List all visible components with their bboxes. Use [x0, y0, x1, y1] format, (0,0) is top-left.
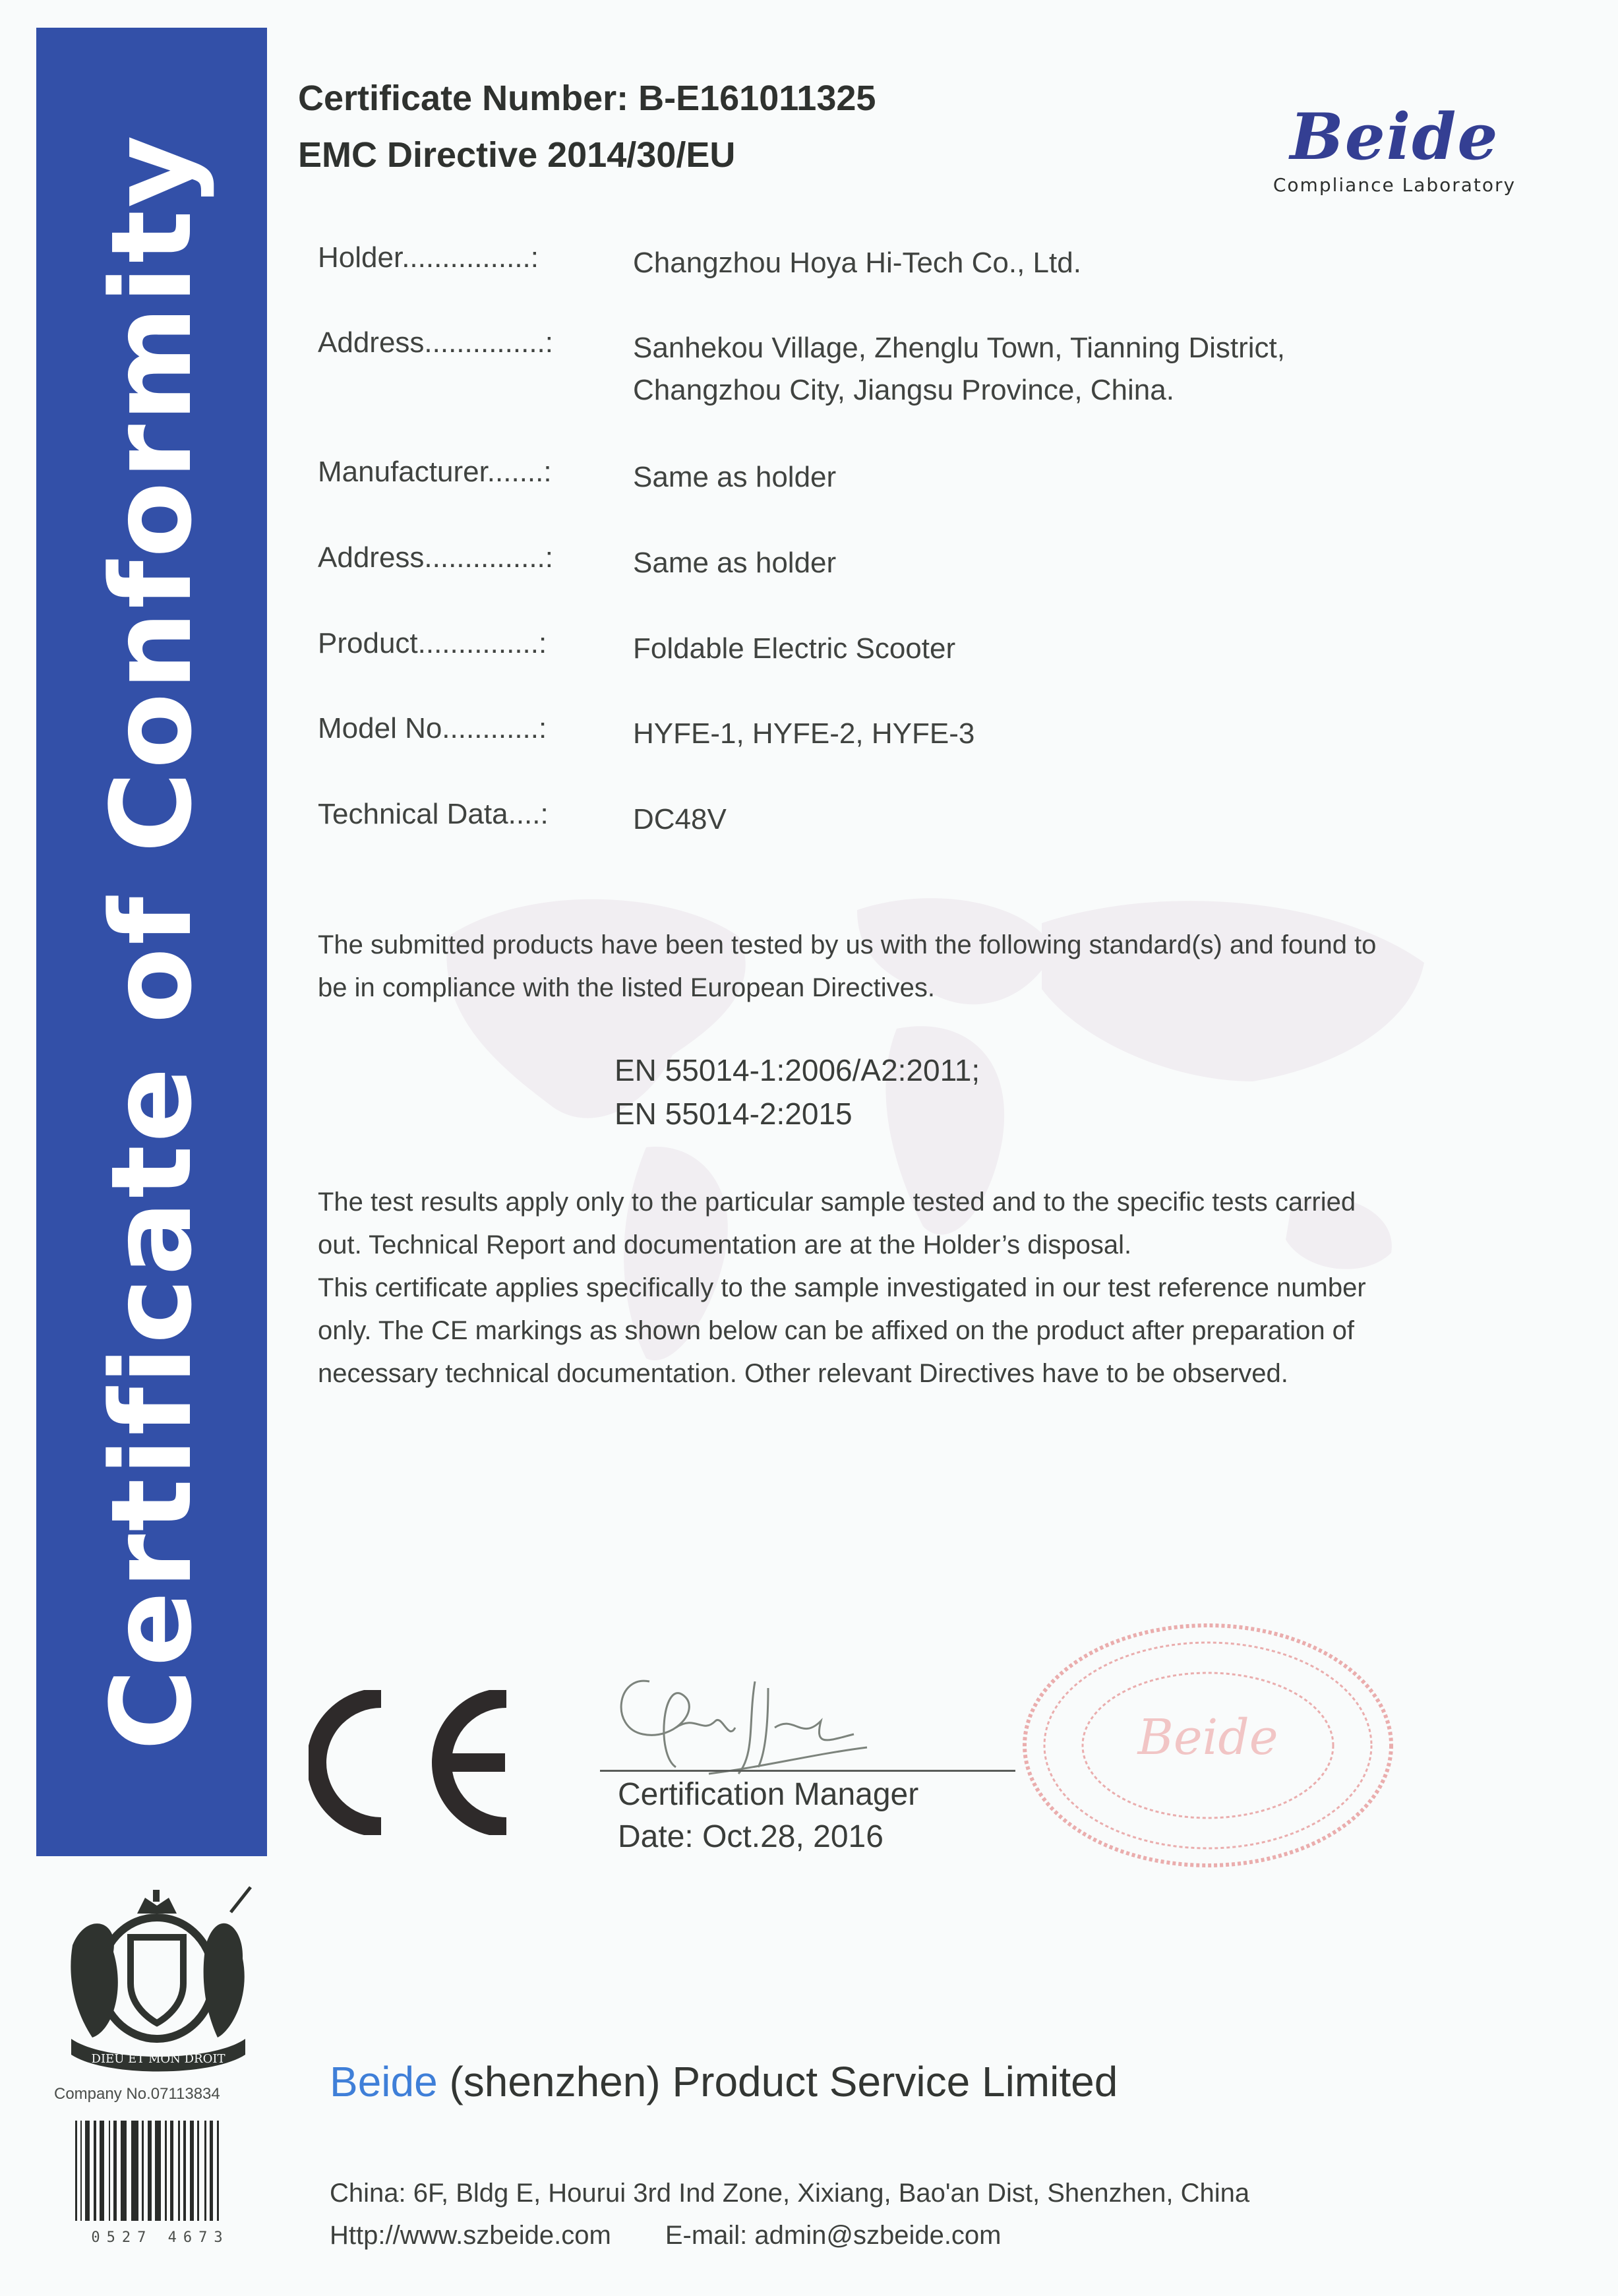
standard-item: EN 55014-2:2015 — [614, 1092, 980, 1135]
field-label: Product...............: — [318, 627, 547, 660]
field-value: Same as holder — [633, 541, 836, 585]
notes-line: out. Technical Report and documentation … — [318, 1224, 1505, 1267]
signatory: Certification Manager Date: Oct.28, 2016 — [618, 1774, 918, 1858]
certificate-date: Date: Oct.28, 2016 — [618, 1816, 918, 1858]
certificate-number: Certificate Number: B-E161011325 — [298, 78, 876, 119]
official-seal-stamp-icon: Beide — [1019, 1619, 1398, 1873]
field-label: Holder................: — [318, 241, 539, 274]
company-number: Company No.07113834 — [54, 2085, 220, 2103]
svg-text:Beide: Beide — [1136, 1709, 1278, 1766]
certificate-vertical-title: Certificate of Conformity — [87, 133, 216, 1750]
field-value: Foldable Electric Scooter — [633, 627, 955, 671]
standards-list: EN 55014-1:2006/A2:2011; EN 55014-2:2015 — [614, 1048, 980, 1135]
field-label: Address...............: — [318, 326, 553, 359]
field-value-line-2: Changzhou City, Jiangsu Province, China. — [633, 369, 1174, 412]
issuer-brand: Beide — [330, 2058, 438, 2105]
beide-logo: Beide Compliance Laboratory — [1256, 106, 1533, 196]
notes-line: only. The CE markings as shown below can… — [318, 1310, 1505, 1352]
field-value: Changzhou Hoya Hi-Tech Co., Ltd. — [633, 241, 1081, 285]
barcode-digits: 0527 4673 — [91, 2229, 229, 2245]
signatory-role: Certification Manager — [618, 1774, 918, 1816]
compliance-intro: The submitted products have been tested … — [318, 924, 1505, 1010]
notes-line: The test results apply only to the parti… — [318, 1181, 1505, 1224]
signature-line — [600, 1770, 1015, 1772]
logo-wordmark: Beide — [1256, 106, 1533, 169]
standard-item: EN 55014-1:2006/A2:2011; — [614, 1048, 980, 1092]
issuer-email-link[interactable]: E-mail: admin@szbeide.com — [665, 2221, 1002, 2250]
field-label: Technical Data....: — [318, 798, 549, 831]
intro-line: The submitted products have been tested … — [318, 924, 1505, 967]
issuer-address: China: 6F, Bldg E, Hourui 3rd Ind Zone, … — [330, 2179, 1249, 2208]
notes-line: This certificate applies specifically to… — [318, 1267, 1505, 1310]
field-label: Manufacturer.......: — [318, 456, 552, 489]
royal-coat-of-arms-icon: DIEU ET MON DROIT — [53, 1886, 260, 2077]
field-value: HYFE-1, HYFE-2, HYFE-3 — [633, 712, 974, 756]
field-value-line-1: Sanhekou Village, Zhenglu Town, Tianning… — [633, 326, 1285, 370]
ce-mark-icon — [309, 1690, 520, 1835]
intro-line: be in compliance with the listed Europea… — [318, 967, 1505, 1010]
issuer-contacts: Http://www.szbeide.comE-mail: admin@szbe… — [330, 2221, 1002, 2251]
directive-title: EMC Directive 2014/30/EU — [298, 135, 735, 175]
field-label: Model No............: — [318, 712, 547, 745]
notes-line: necessary technical documentation. Other… — [318, 1352, 1505, 1395]
issuer-company-name: Beide (shenzhen) Product Service Limited — [330, 2057, 1118, 2106]
issuer-website-link[interactable]: Http://www.szbeide.com — [330, 2221, 611, 2250]
signature-icon — [603, 1668, 887, 1780]
field-value: Same as holder — [633, 456, 836, 499]
field-label: Address...............: — [318, 541, 553, 574]
barcode-icon: 0527 4673 — [71, 2118, 249, 2245]
logo-subtitle: Compliance Laboratory — [1256, 174, 1533, 196]
crest-motto: DIEU ET MON DROIT — [92, 2052, 225, 2066]
compliance-notes: The test results apply only to the parti… — [318, 1181, 1505, 1395]
issuer-name-rest: (shenzhen) Product Service Limited — [438, 2058, 1118, 2105]
